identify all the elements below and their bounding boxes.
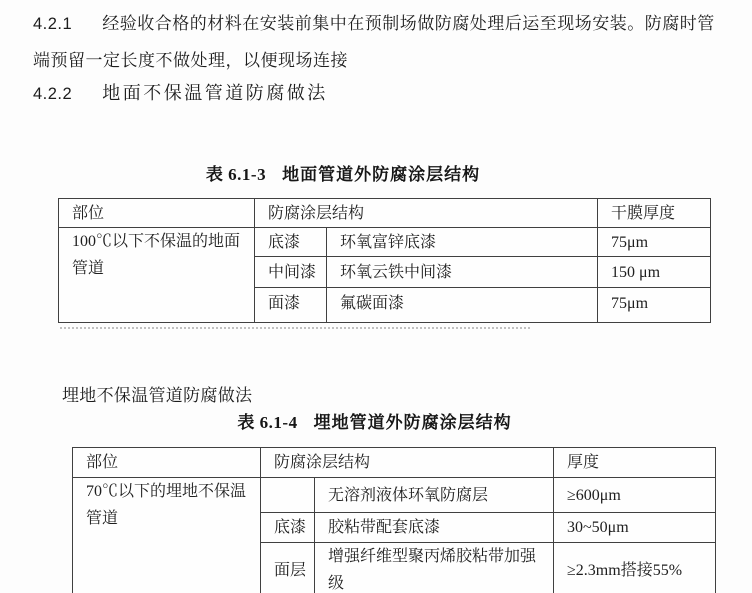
section-number-421: 4.2.1 [33,15,72,34]
table2-row2-layer: 面层 [261,543,315,593]
table2-caption: 表 6.1-4埋地管道外防腐涂层结构 [72,408,677,433]
table1-caption-title: 地面管道外防腐涂层结构 [282,165,480,184]
table-row: 100℃以下不保温的地面管道 底漆 环氧富锌底漆 75μm [59,228,711,257]
table2-caption-label: 表 6.1-4 [237,413,297,432]
table1-row1-thickness: 150 μm [598,257,711,288]
table2-row0-coating: 无溶剂液体环氧防腐层 [315,478,554,513]
table1-row1-layer: 中间漆 [255,257,327,288]
table-6-1-3: 部位 防腐涂层结构 干膜厚度 100℃以下不保温的地面管道 底漆 环氧富锌底漆 … [58,198,711,323]
table1-row0-thickness: 75μm [598,228,711,257]
table1-header-thickness: 干膜厚度 [598,199,711,228]
paragraph-421-line1: 4.2.1经验收合格的材料在安装前集中在预制场做防腐处理后运至现场安装。防腐时管 [33,9,715,34]
table2-caption-title: 埋地管道外防腐涂层结构 [314,413,512,432]
table2-header-thickness: 厚度 [554,448,716,478]
table2-header-part: 部位 [73,448,261,478]
table1-row1-coating: 环氧云铁中间漆 [327,257,598,288]
table2-row2-thickness: ≥2.3mm搭接55% [554,543,716,593]
paragraph-422-text: 地面不保温管道防腐做法 [102,83,328,103]
table1-row2-coating: 氟碳面漆 [327,288,598,323]
table1-caption-label: 表 6.1-3 [206,165,266,184]
table1-header-row: 部位 防腐涂层结构 干膜厚度 [59,199,711,228]
table1-caption: 表 6.1-3地面管道外防腐涂层结构 [33,160,653,185]
table2-row0-thickness: ≥600μm [554,478,716,513]
table2-row1-coating: 胶粘带配套底漆 [315,513,554,543]
table2-row1-thickness: 30~50μm [554,513,716,543]
paragraph-422: 4.2.2地面不保温管道防腐做法 [33,79,328,105]
table1-row0-layer: 底漆 [255,228,327,257]
table1-header-structure: 防腐涂层结构 [255,199,598,228]
table2-header-row: 部位 防腐涂层结构 厚度 [73,448,716,478]
scan-artifact-line [60,327,530,329]
table-6-1-4: 部位 防腐涂层结构 厚度 70℃以下的埋地不保温管道 无溶剂液体环氧防腐层 ≥6… [72,447,716,593]
table2-header-structure: 防腐涂层结构 [261,448,554,478]
table1-row2-layer: 面漆 [255,288,327,323]
table2-row2-coating: 增强纤维型聚丙烯胶粘带加强级 [315,543,554,593]
document-page: { "page": { "background": "#fdfdfd", "te… [0,0,752,593]
table2-row1-layer: 底漆 [261,513,315,543]
table-row: 70℃以下的埋地不保温管道 无溶剂液体环氧防腐层 ≥600μm [73,478,716,513]
table1-header-part: 部位 [59,199,255,228]
buried-pipe-note: 埋地不保温管道防腐做法 [62,381,252,406]
table1-row0-coating: 环氧富锌底漆 [327,228,598,257]
table2-row0-layer [261,478,315,513]
paragraph-421-text: 经验收合格的材料在安装前集中在预制场做防腐处理后运至现场安装。防腐时管 [102,14,715,33]
table1-row2-thickness: 75μm [598,288,711,323]
table1-part-value: 100℃以下不保温的地面管道 [59,228,255,323]
table2-part-value: 70℃以下的埋地不保温管道 [73,478,261,593]
paragraph-421-line2: 端预留一定长度不做处理，以便现场连接 [33,46,348,71]
section-number-422: 4.2.2 [33,85,72,104]
